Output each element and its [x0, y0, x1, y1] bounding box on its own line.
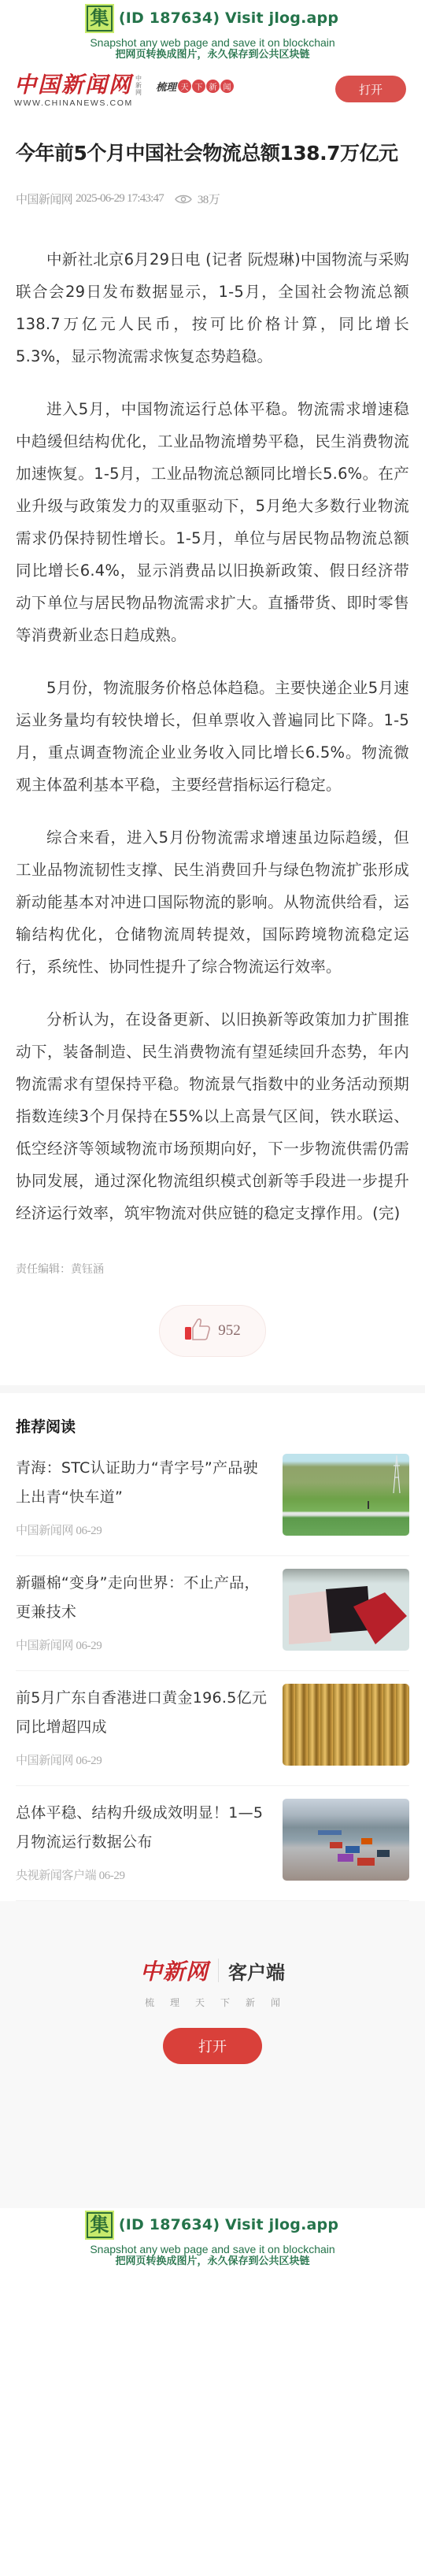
- article-paragraph: 5月份，物流服务价格总体趋稳。主要快递企业5月速运业务量均有较快增长，但单票收入…: [16, 672, 409, 801]
- logo-mini-char: 中: [135, 75, 142, 82]
- open-app-button-header[interactable]: 打开: [335, 76, 406, 102]
- logo-mini-char: 新: [135, 82, 142, 89]
- slogan-dot: 天: [178, 80, 191, 93]
- article-paragraph: 中新社北京6月29日电 (记者 阮煜琳)中国物流与采购联合会29日发布数据显示，…: [16, 243, 409, 373]
- article-datetime: 2025-06-29 17:43:47: [76, 192, 164, 206]
- jlog-subtitle-cn: 把网页转换成图片，永久保存到公共区块链: [0, 49, 425, 61]
- gold-jewelry-image[interactable]: [283, 1684, 409, 1766]
- article-paragraph: 进入5月，中国物流运行总体平稳。物流需求增速稳中趋缓但结构优化，工业品物流增势平…: [16, 393, 409, 651]
- slogan-char: 新: [246, 1996, 255, 2009]
- slogan-dot: 新: [206, 80, 220, 93]
- recommended-source: 中国新闻网: [16, 1525, 73, 1537]
- slogan-script: 梳理: [156, 79, 176, 94]
- container-port-image[interactable]: [283, 1799, 409, 1881]
- recommended-headline[interactable]: 前5月广东自香港进口黄金196.5亿元 同比增超四成: [16, 1684, 269, 1742]
- article-meta: 中国新闻网 2025-06-29 17:43:47 38万: [16, 191, 409, 207]
- site-header: 中国新闻网 中 新 网 WWW.CHINANEWS.COM 梳理 天 下 新 闻…: [0, 65, 425, 117]
- grassland-sheep-image[interactable]: [283, 1454, 409, 1536]
- jlog-title-link[interactable]: (ID 187634) Visit jlog.app: [119, 2216, 338, 2233]
- recommended-item[interactable]: 新疆棉“变身”走向世界：不止产品，更兼技术 中国新闻网 06-29: [16, 1556, 409, 1671]
- slogan-char: 天: [195, 1996, 205, 2009]
- eye-icon: [175, 194, 192, 205]
- recommended-date: 06-29: [76, 1525, 102, 1537]
- recommended-meta: 中国新闻网 06-29: [16, 1751, 269, 1768]
- open-app-button-footer[interactable]: 打开: [163, 2028, 262, 2064]
- app-promo-client-label: 客户端: [228, 1957, 285, 1985]
- jlog-subtitle-cn: 把网页转换成图片，永久保存到公共区块链: [0, 2255, 425, 2268]
- cotton-fabric-image[interactable]: [283, 1569, 409, 1651]
- recommended-item[interactable]: 前5月广东自香港进口黄金196.5亿元 同比增超四成 中国新闻网 06-29: [16, 1671, 409, 1786]
- recommended-meta: 中国新闻网 06-29: [16, 1636, 269, 1653]
- slogan-char: 闻: [271, 1996, 280, 2009]
- article-body: 中新社北京6月29日电 (记者 阮煜琳)中国物流与采购联合会29日发布数据显示，…: [16, 243, 409, 1229]
- jlog-logo-icon: 集: [87, 6, 113, 32]
- recommended-item[interactable]: 总体平稳、结构升级成效明显！1—5月物流运行数据公布 央视新闻客户端 06-29: [16, 1786, 409, 1901]
- logo-mini-text: 中 新 网: [135, 75, 142, 96]
- article: 今年前5个月中国社会物流总额138.7万亿元 中国新闻网 2025-06-29 …: [0, 135, 425, 1357]
- jlog-banner-bottom: 集 (ID 187634) Visit jlog.app Snapshot an…: [0, 2208, 425, 2276]
- recommended-meta: 央视新闻客户端 06-29: [16, 1866, 269, 1883]
- app-promo-separator: [218, 1959, 219, 1982]
- thumbs-up-icon: [184, 1318, 211, 1344]
- recommended-title: 推荐阅读: [16, 1415, 409, 1436]
- header-slogan: 梳理 天 下 新 闻: [156, 79, 235, 94]
- recommended-reading: 推荐阅读 青海：STC认证助力“青字号”产品驶上出青“快车道” 中国新闻网 06…: [0, 1415, 425, 1901]
- chinanews-logo[interactable]: 中国新闻网 中 新 网 WWW.CHINANEWS.COM: [14, 73, 142, 108]
- jlog-banner-title-row: 集 (ID 187634) Visit jlog.app: [0, 5, 425, 32]
- article-paragraph: 分析认为，在设备更新、以旧换新等政策加力扩围推动下，装备制造、民生消费物流有望延…: [16, 1003, 409, 1229]
- recommended-headline[interactable]: 青海：STC认证助力“青字号”产品驶上出青“快车道”: [16, 1454, 269, 1512]
- recommended-date: 06-29: [76, 1640, 102, 1652]
- app-promo-slogan: 梳 理 天 下 新 闻: [145, 1996, 280, 2009]
- jlog-banner-title-row: 集 (ID 187634) Visit jlog.app: [0, 2211, 425, 2238]
- jlog-logo-icon: 集: [87, 2212, 113, 2238]
- logo-mini-char: 网: [135, 89, 142, 96]
- recommended-headline[interactable]: 新疆棉“变身”走向世界：不止产品，更兼技术: [16, 1569, 269, 1627]
- like-button[interactable]: 952: [159, 1305, 266, 1357]
- logo-text: 中国新闻网: [14, 73, 132, 97]
- recommended-source: 中国新闻网: [16, 1640, 73, 1652]
- recommended-headline[interactable]: 总体平稳、结构升级成效明显！1—5月物流运行数据公布: [16, 1799, 269, 1857]
- app-promo: 中新网 客户端 梳 理 天 下 新 闻 打开: [0, 1901, 425, 2208]
- recommended-date: 06-29: [76, 1755, 102, 1767]
- responsible-editor: 责任编辑：黄钰涵: [16, 1261, 409, 1277]
- article-views: 38万: [198, 191, 220, 207]
- recommended-source: 中国新闻网: [16, 1755, 73, 1767]
- logo-url: WWW.CHINANEWS.COM: [14, 98, 142, 108]
- app-promo-logo-row: 中新网 客户端: [140, 1955, 285, 1986]
- jlog-subtitle-en: Snapshot any web page and save it on blo…: [0, 2243, 425, 2255]
- slogan-char: 理: [170, 1996, 179, 2009]
- article-paragraph: 综合来看，进入5月份物流需求增速虽边际趋缓，但工业品物流韧性支撑、民生消费回升与…: [16, 821, 409, 983]
- section-divider: [0, 1385, 425, 1393]
- app-promo-logo: 中新网: [140, 1955, 209, 1986]
- jlog-subtitle-en: Snapshot any web page and save it on blo…: [0, 36, 425, 49]
- jlog-banner-top: 集 (ID 187634) Visit jlog.app Snapshot an…: [0, 0, 425, 65]
- like-count: 952: [218, 1322, 241, 1340]
- recommended-source: 央视新闻客户端: [16, 1870, 96, 1882]
- article-title: 今年前5个月中国社会物流总额138.7万亿元: [16, 135, 409, 172]
- recommended-meta: 中国新闻网 06-29: [16, 1522, 269, 1538]
- slogan-char: 下: [220, 1996, 230, 2009]
- slogan-char: 梳: [145, 1996, 154, 2009]
- article-source: 中国新闻网: [16, 191, 72, 207]
- like-section: 952: [16, 1305, 409, 1357]
- recommended-item[interactable]: 青海：STC认证助力“青字号”产品驶上出青“快车道” 中国新闻网 06-29: [16, 1454, 409, 1556]
- slogan-dot: 下: [192, 80, 205, 93]
- recommended-date: 06-29: [99, 1870, 125, 1882]
- jlog-title-link[interactable]: (ID 187634) Visit jlog.app: [119, 9, 338, 27]
- slogan-dot: 闻: [220, 80, 234, 93]
